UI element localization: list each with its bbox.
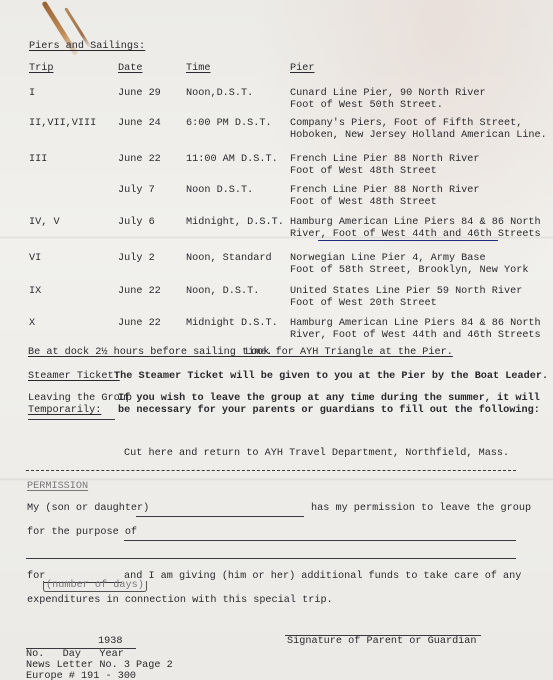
cell-pier2: Foot of West 48th Street	[290, 166, 437, 178]
form-line4: expenditures in connection with this spe…	[27, 595, 333, 607]
leaving-label-2: Temporarily:	[28, 405, 101, 417]
column-header-time: Time	[186, 63, 210, 75]
cell-date: July 7	[118, 185, 155, 197]
section-title: Piers and Sailings:	[29, 41, 145, 53]
form-line3-end: and I am giving (him or her) additional …	[124, 571, 521, 583]
cell-time: Noon,D.S.T.	[186, 88, 253, 100]
cell-trip: II,VII,VIII	[29, 118, 96, 130]
cell-time: Noon D.S.T.	[186, 185, 253, 197]
footer-europe: Europe # 191 - 300	[26, 671, 136, 680]
cell-pier2: Foot of West 48th Street	[290, 197, 437, 209]
purpose-field-continued[interactable]	[26, 558, 516, 559]
cut-line	[26, 470, 516, 471]
steamer-ticket-text: The Steamer Ticket will be given to you …	[114, 371, 548, 383]
cell-trip: IV, V	[29, 217, 60, 229]
label-underline	[28, 419, 115, 420]
cell-trip: IX	[29, 286, 41, 298]
cell-date: June 22	[118, 318, 161, 330]
cell-time: Midnight D.S.T.	[186, 318, 278, 330]
cut-here-instruction: Cut here and return to AYH Travel Depart…	[124, 448, 509, 460]
cell-pier1: French Line Pier 88 North River	[290, 154, 480, 166]
cell-date: June 22	[118, 286, 161, 298]
cell-date: June 29	[118, 88, 161, 100]
leaving-text-1: If you wish to leave the group at any ti…	[118, 393, 540, 405]
form-line2-label: for the purpose of	[27, 527, 137, 539]
cell-pier2: Hoboken, New Jersey Holland American Lin…	[290, 130, 547, 142]
cell-pier1: Hamburg American Line Piers 84 & 86 Nort…	[290, 217, 541, 229]
cell-trip: VI	[29, 253, 41, 265]
cell-date: June 24	[118, 118, 161, 130]
cell-pier1: United States Line Pier 59 North River	[290, 286, 522, 298]
cell-time: Noon, Standard	[186, 253, 272, 265]
cell-pier2: Foot of West 50th Street.	[290, 100, 443, 112]
cell-date: July 6	[118, 217, 155, 229]
cell-pier1: Cunard Line Pier, 90 North River	[290, 88, 486, 100]
cell-time: Noon, D.S.T.	[186, 286, 259, 298]
cell-trip: X	[29, 318, 35, 330]
leaving-label-1: Leaving the Group	[28, 393, 132, 405]
cell-pier2: Foot of 58th Street, Brooklyn, New York	[290, 265, 528, 277]
cell-pier2: Foot of West 20th Street	[290, 298, 437, 310]
cell-pier1: Company's Piers, Foot of Fifth Street,	[290, 118, 522, 130]
cell-time: 6:00 PM D.S.T.	[186, 118, 272, 130]
column-header-trip: Trip	[29, 63, 53, 75]
child-name-field[interactable]	[136, 516, 304, 517]
ink-underline	[318, 240, 498, 241]
purpose-field[interactable]	[124, 540, 516, 541]
cell-trip: I	[29, 88, 35, 100]
signature-caption: Signature of Parent or Guardian	[287, 636, 477, 648]
year-value: 1938	[98, 636, 122, 648]
cell-time: Midnight, D.S.T.	[186, 217, 284, 229]
form-line1-start: My (son or daughter)	[27, 503, 149, 515]
cell-trip: III	[29, 154, 47, 166]
steamer-ticket-label: Steamer Ticket:	[28, 371, 120, 383]
form-line1-end: has my permission to leave the group	[311, 503, 531, 515]
cell-date: July 2	[118, 253, 155, 265]
cell-time: 11:00 AM D.S.T.	[186, 154, 278, 166]
dock-notice: Be at dock 2½ hours before sailing time.	[28, 347, 273, 359]
column-header-pier: Pier	[290, 63, 314, 75]
leaving-text-2: be necessary for your parents or guardia…	[118, 405, 540, 417]
cell-pier2: River, Foot of West 44th and 46th Street…	[290, 330, 541, 342]
cell-pier1: Norwegian Line Pier 4, Army Base	[290, 253, 486, 265]
form-title: PERMISSION	[27, 481, 88, 493]
triangle-notice: Look for AYH Triangle at the Pier.	[245, 347, 453, 359]
cell-pier1: Hamburg American Line Piers 84 & 86 Nort…	[290, 318, 541, 330]
column-header-date: Date	[118, 63, 142, 75]
cell-pier1: French Line Pier 88 North River	[290, 185, 480, 197]
cell-date: June 22	[118, 154, 161, 166]
